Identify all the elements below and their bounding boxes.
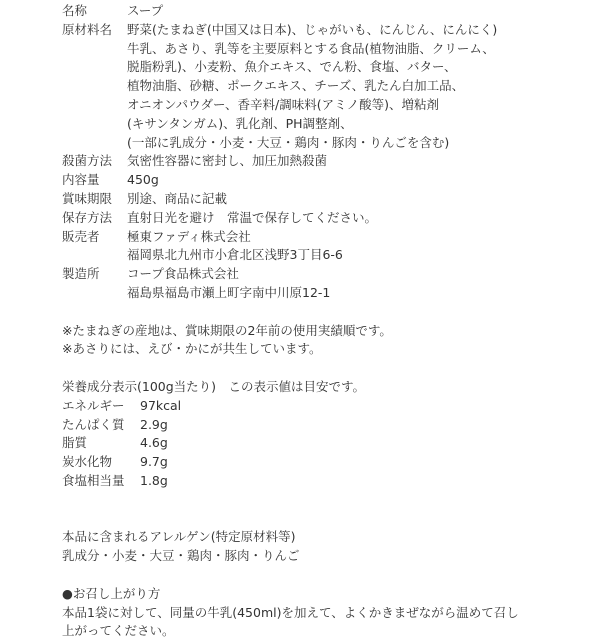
info-value: 450g [127, 171, 602, 190]
info-label: 原材料名 [62, 21, 127, 153]
info-value-line: 450g [127, 171, 602, 190]
info-value: 直射日光を避け 常温で保存してください。 [127, 209, 602, 228]
info-value-line: 気密性容器に密封し、加圧加熱殺菌 [127, 152, 602, 171]
nutrition-value: 4.6g [140, 434, 168, 453]
product-info-table: 名称 スープ 原材料名 野菜(たまねぎ(中国又は日本)、じゃがいも、にんじん、に… [62, 2, 602, 303]
product-label-document: 名称 スープ 原材料名 野菜(たまねぎ(中国又は日本)、じゃがいも、にんじん、に… [62, 2, 602, 608]
nutrition-label: 食塩相当量 [62, 472, 140, 491]
info-value: コープ食品株式会社 福島県福島市瀬上町字南中川原12-1 [127, 265, 602, 303]
spacer [62, 510, 602, 529]
nutrition-value: 97kcal [140, 397, 181, 416]
info-value-line: スープ [127, 2, 602, 21]
info-value-line: 別途、商品に記載 [127, 190, 602, 209]
allergens-section: 本品に含まれるアレルゲン(特定原材料等) 乳成分・小麦・大豆・鶏肉・豚肉・りんご [62, 528, 602, 566]
info-value: 極東ファディ株式会社 福岡県北九州市小倉北区浅野3丁目6-6 [127, 228, 602, 266]
preparation-heading: ●お召し上がり方 [62, 585, 602, 604]
preparation-text-line: 本品1袋に対して、同量の牛乳(450ml)を加えて、よくかきまぜながら温めて召し [62, 604, 602, 609]
spacer [62, 566, 602, 585]
info-value: 気密性容器に密封し、加圧加熱殺菌 [127, 152, 602, 171]
info-label: 保存方法 [62, 209, 127, 228]
info-label: 殺菌方法 [62, 152, 127, 171]
info-label: 名称 [62, 2, 127, 21]
nutrition-value: 9.7g [140, 453, 168, 472]
nutrition-label: 炭水化物 [62, 453, 140, 472]
info-value-line: 福岡県北九州市小倉北区浅野3丁目6-6 [127, 246, 602, 265]
info-value-line: (キサンタンガム)、乳化剤、PH調整剤、 [127, 115, 602, 134]
nutrition-row-fat: 脂質 4.6g [62, 434, 602, 453]
info-value: 野菜(たまねぎ(中国又は日本)、じゃがいも、にんじん、にんにく) 牛乳、あさり、… [127, 21, 602, 153]
info-value-line: 野菜(たまねぎ(中国又は日本)、じゃがいも、にんじん、にんにく) [127, 21, 602, 40]
info-row-manufacturer: 製造所 コープ食品株式会社 福島県福島市瀬上町字南中川原12-1 [62, 265, 602, 303]
info-value-line: オニオンパウダー、香辛料/調味料(アミノ酸等)、増粘剤 [127, 96, 602, 115]
notes-section: ※たまねぎの産地は、賞味期限の2年前の使用実績順です。 ※あさりには、えび・かに… [62, 322, 602, 360]
nutrition-label: エネルギー [62, 397, 140, 416]
nutrition-row-protein: たんぱく質 2.9g [62, 416, 602, 435]
preparation-section: ●お召し上がり方 本品1袋に対して、同量の牛乳(450ml)を加えて、よくかきま… [62, 585, 602, 608]
nutrition-section: 栄養成分表示(100g当たり) この表示値は目安です。 エネルギー 97kcal… [62, 378, 602, 491]
nutrition-row-salt: 食塩相当量 1.8g [62, 472, 602, 491]
info-value-line: (一部に乳成分・小麦・大豆・鶏肉・豚肉・りんごを含む) [127, 134, 602, 153]
nutrition-heading: 栄養成分表示(100g当たり) この表示値は目安です。 [62, 378, 602, 397]
info-value: スープ [127, 2, 602, 21]
info-value-line: 直射日光を避け 常温で保存してください。 [127, 209, 602, 228]
spacer [62, 303, 602, 322]
info-value-line: 極東ファディ株式会社 [127, 228, 602, 247]
info-label: 内容量 [62, 171, 127, 190]
info-row-storage: 保存方法 直射日光を避け 常温で保存してください。 [62, 209, 602, 228]
allergens-heading: 本品に含まれるアレルゲン(特定原材料等) [62, 528, 602, 547]
nutrition-row-carbohydrate: 炭水化物 9.7g [62, 453, 602, 472]
spacer [62, 491, 602, 510]
info-row-content-volume: 内容量 450g [62, 171, 602, 190]
allergens-list: 乳成分・小麦・大豆・鶏肉・豚肉・りんご [62, 547, 602, 566]
info-row-sterilization: 殺菌方法 気密性容器に密封し、加圧加熱殺菌 [62, 152, 602, 171]
note-onion-origin: ※たまねぎの産地は、賞味期限の2年前の使用実績順です。 [62, 322, 602, 341]
info-value-line: 牛乳、あさり、乳等を主要原料とする食品(植物油脂、クリーム、 [127, 40, 602, 59]
info-value: 別途、商品に記載 [127, 190, 602, 209]
nutrition-value: 1.8g [140, 472, 168, 491]
info-value-line: 脱脂粉乳)、小麦粉、魚介エキス、でん粉、食塩、バター、 [127, 58, 602, 77]
info-row-seller: 販売者 極東ファディ株式会社 福岡県北九州市小倉北区浅野3丁目6-6 [62, 228, 602, 266]
note-clam-allergen: ※あさりには、えび・かにが共生しています。 [62, 340, 602, 359]
info-value-line: コープ食品株式会社 [127, 265, 602, 284]
info-row-name: 名称 スープ [62, 2, 602, 21]
nutrition-row-energy: エネルギー 97kcal [62, 397, 602, 416]
info-row-ingredients: 原材料名 野菜(たまねぎ(中国又は日本)、じゃがいも、にんじん、にんにく) 牛乳… [62, 21, 602, 153]
nutrition-label: 脂質 [62, 434, 140, 453]
info-value-line: 福島県福島市瀬上町字南中川原12-1 [127, 284, 602, 303]
info-row-best-before: 賞味期限 別途、商品に記載 [62, 190, 602, 209]
nutrition-value: 2.9g [140, 416, 168, 435]
spacer [62, 359, 602, 378]
info-label: 製造所 [62, 265, 127, 303]
info-label: 賞味期限 [62, 190, 127, 209]
info-value-line: 植物油脂、砂糖、ポークエキス、チーズ、乳たん白加工品、 [127, 77, 602, 96]
info-label: 販売者 [62, 228, 127, 266]
nutrition-label: たんぱく質 [62, 416, 140, 435]
